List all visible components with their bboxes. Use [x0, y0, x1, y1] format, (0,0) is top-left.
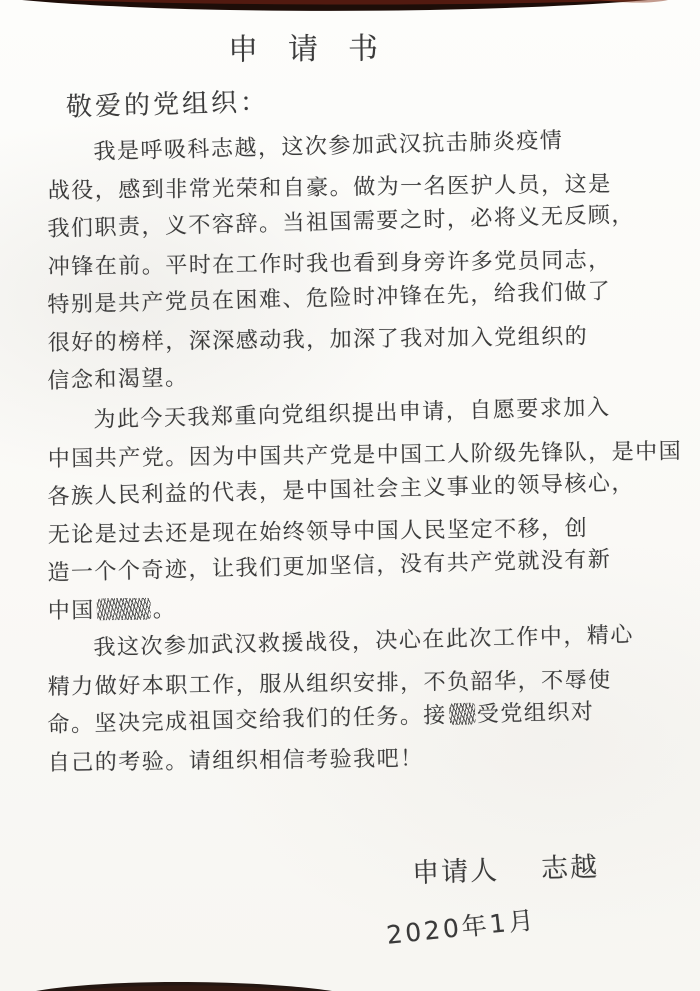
- line-text: 中国: [48, 598, 95, 624]
- handwritten-application-letter: 申请书 敬爱的党组织： 我是呼吸科志越，这次参加武汉抗击肺炎疫情 战役，感到非常…: [0, 0, 700, 991]
- date-line: 2020年1月: [385, 900, 538, 952]
- paragraph-1: 我是呼吸科志越，这次参加武汉抗击肺炎疫情 战役，感到非常光荣和自豪。做为一名医护…: [48, 136, 680, 402]
- handwritten-line: 我是呼吸科志越，这次参加武汉抗击肺炎疫情: [47, 121, 680, 174]
- document-title: 申请书: [228, 23, 408, 69]
- signature-gap: [499, 878, 541, 879]
- handwritten-line: 自己的考验。请组织相信考验我吧！: [48, 738, 680, 784]
- crossed-out-word: [449, 703, 476, 726]
- table-edge-top: [0, 0, 700, 20]
- salutation: 敬爱的党组织：: [66, 81, 270, 123]
- line-text: 命。坚决完成祖国交给我们的任务。接: [47, 703, 447, 738]
- signature-name: 志越: [541, 852, 600, 885]
- line-text: 。: [153, 597, 177, 622]
- signature-block: 申请人志越: [411, 845, 599, 891]
- table-edge-bottom: [0, 975, 700, 991]
- line-text: 受党组织对: [477, 700, 595, 728]
- crossed-out-word: [97, 598, 151, 621]
- paragraph-3: 我这次参加武汉救援战役，决心在此次工作中，精心 精力做好本职工作，服从组织安排，…: [48, 632, 680, 784]
- signature-label: 申请人: [412, 855, 500, 889]
- paragraph-2: 为此今天我郑重向党组织提出申请，自愿要求加入 中国共产党。因为中国共产党是中国工…: [48, 404, 680, 632]
